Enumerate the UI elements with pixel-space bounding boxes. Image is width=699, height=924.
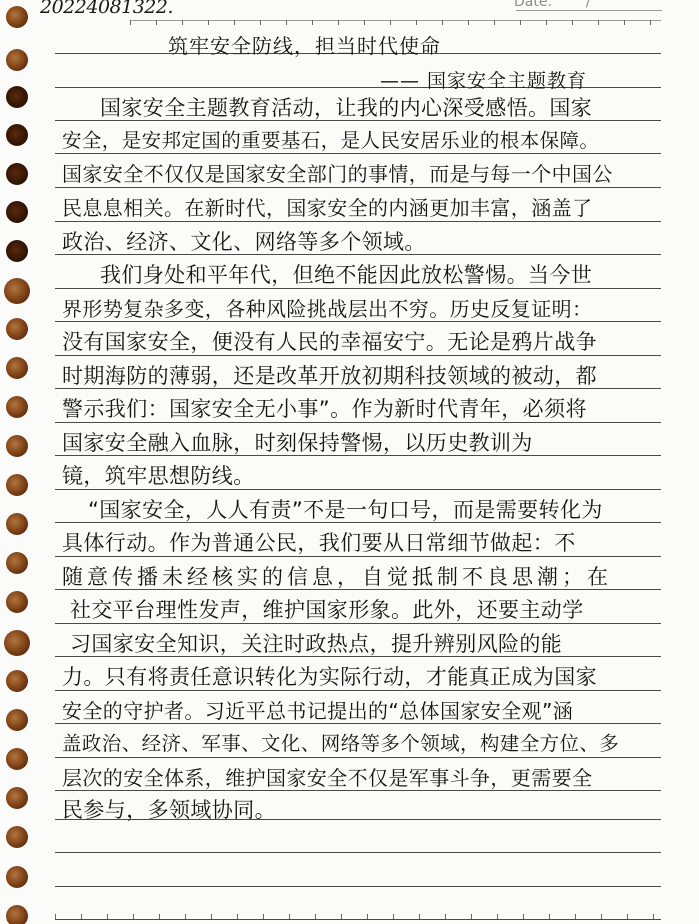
essay-line: 民息息相关。在新时代，国家安全的内涵更加丰富，涵盖了 — [62, 195, 592, 221]
essay-line: 盖政治、经济、军事、文化、网络等多个领域，构建全方位、多 — [62, 731, 619, 757]
essay-line: 没有国家安全，便没有人民的幸福安宁。无论是鸦片战争 — [62, 329, 597, 355]
binding-hole — [6, 748, 28, 770]
essay-line: 镜，筑牢思想防线。 — [62, 463, 255, 489]
notebook-page: 20224081322. Date./ 筑牢安全防线，担当时代使命 —— 国家安… — [0, 0, 699, 924]
ruled-line — [55, 623, 661, 624]
binding-hole — [6, 866, 28, 888]
ruled-line — [55, 489, 661, 490]
binding-hole — [6, 201, 28, 223]
binding-hole — [6, 49, 28, 71]
ruled-line — [55, 355, 661, 356]
binding-hole — [6, 670, 28, 692]
essay-line: 时期海防的薄弱，还是改革开放初期科技领域的被动，都 — [62, 363, 597, 389]
essay-line: 社交平台理性发声，维护国家形象。此外，还要主动学 — [70, 597, 584, 623]
essay-line: 随意传播未经核实的信息，自觉抵制不良思潮；在 — [62, 564, 612, 590]
essay-line: 国家安全融入血脉，时刻保持警惕，以历史教训为 — [62, 430, 533, 456]
binding-hole — [4, 278, 30, 304]
binding-hole — [6, 474, 28, 496]
binding-hole — [6, 163, 28, 185]
essay-line: 国家安全不仅仅是国家安全部门的事情，而是与每一个中国公 — [62, 161, 613, 187]
binding-hole — [4, 630, 30, 656]
ruled-line — [55, 886, 661, 887]
binding-hole — [6, 513, 28, 535]
date-underline — [516, 10, 662, 11]
binding-hole — [6, 6, 28, 28]
binding-hole — [6, 318, 28, 340]
student-id: 20224081322. — [40, 0, 173, 18]
ruled-line — [55, 852, 661, 853]
binding-hole — [6, 124, 28, 146]
binding-hole — [6, 435, 28, 457]
essay-line: 界形势复杂多变，各种风险挑战层出不穷。历史反复证明： — [62, 296, 592, 322]
binding-hole — [6, 709, 28, 731]
binding-hole — [6, 787, 28, 809]
ruled-line — [55, 919, 661, 920]
ruled-line — [55, 690, 661, 691]
binding-hole — [6, 357, 28, 379]
binding-hole — [6, 826, 28, 848]
essay-line: 具体行动。作为普通公民，我们要从日常细节做起：不 — [62, 530, 576, 556]
binding-hole — [6, 86, 28, 108]
binding-hole — [6, 591, 28, 613]
ruled-line — [55, 556, 661, 557]
ruler-ticks — [130, 20, 661, 25]
binding-hole — [6, 905, 28, 924]
date-label: Date./ — [514, 0, 591, 10]
binding-hole — [6, 396, 28, 418]
essay-line: 我们身处和平年代，但绝不能因此放松警惕。当今世 — [100, 262, 592, 288]
binding-hole — [6, 552, 28, 574]
essay-line: 安全的守护者。习近平总书记提出的“总体国家安全观”涵 — [62, 698, 573, 724]
essay-line: 层次的安全体系，维护国家安全不仅是军事斗争，更需要全 — [62, 765, 592, 791]
essay-line: 习国家安全知识，关注时政热点，提升辨别风险的能 — [70, 631, 562, 657]
ruled-line — [55, 422, 661, 423]
ruled-line — [55, 221, 661, 222]
ruled-line — [55, 757, 661, 758]
binding-hole — [6, 240, 28, 262]
essay-line: 国家安全主题教育活动，让我的内心深受感悟。国家 — [100, 95, 592, 121]
essay-line: 力。只有将责任意识转化为实际行动，才能真正成为国家 — [62, 664, 597, 690]
ruled-line — [55, 288, 661, 289]
ruled-line — [55, 187, 661, 188]
essay-line: 安全，是安邦定国的重要基石，是人民安居乐业的根本保障。 — [62, 128, 599, 154]
essay-title: 筑牢安全防线，担当时代使命 — [168, 30, 441, 59]
essay-subtitle: —— 国家安全主题教育 — [380, 66, 587, 93]
essay-line: 警示我们：国家安全无小事”。作为新时代青年，必须将 — [62, 396, 587, 422]
essay-line: “国家安全，人人有责”不是一句口号，而是需要转化为 — [88, 497, 603, 523]
essay-line: 民参与，多领域协同。 — [62, 797, 276, 823]
ruler-ticks — [55, 914, 661, 919]
essay-line: 政治、经济、文化、网络等多个领域。 — [62, 229, 426, 255]
